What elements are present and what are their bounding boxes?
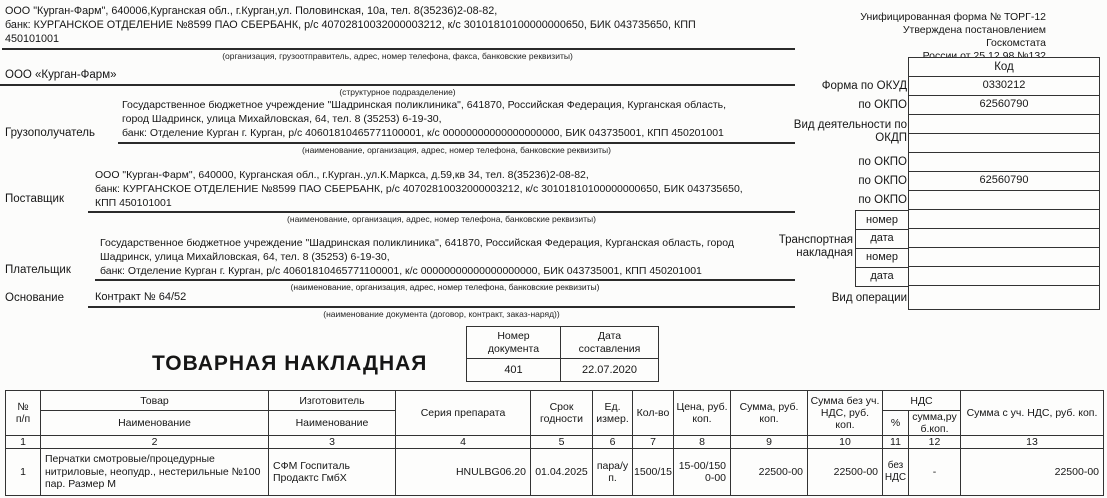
payer-caption: (наименование, организация, адрес, номер…: [95, 282, 795, 292]
item-manufacturer: СФМ Госпиталь Продактс ГмбХ: [269, 449, 396, 496]
supplier-underline: [88, 211, 795, 213]
doc-date-header: Дата составления: [561, 327, 659, 359]
col-number: 7: [633, 436, 674, 449]
col-number: 2: [41, 436, 269, 449]
form-note-line1: Унифицированная форма № ТОРГ-12: [845, 11, 1046, 24]
col-num-header: № п/п: [6, 391, 41, 436]
basis-underline: [88, 306, 795, 308]
items-table: № п/п Товар Изготовитель Серия препарата…: [5, 390, 1104, 496]
transport-row3-label: номер: [855, 249, 909, 268]
payer-line1: Государственное бюджетное учреждение "Ша…: [100, 236, 734, 250]
consignee-caption: (наименование, организация, адрес, номер…: [118, 145, 795, 155]
col-num-header-line1: №: [8, 401, 38, 413]
col-number: 4: [396, 436, 531, 449]
consignee-line2: город Шадринск, улица Михайловская, 64, …: [122, 112, 726, 126]
document-title: ТОВАРНАЯ НАКЛАДНАЯ: [152, 352, 427, 376]
supplier-caption: (наименование, организация, адрес, номер…: [88, 214, 795, 224]
col-goods-subheader: Наименование: [41, 411, 269, 436]
supplier-line2: банк: КУРГАНСКОЕ ОТДЕЛЕНИЕ №8599 ПАО СБЕ…: [95, 182, 743, 196]
doc-date-value: 22.07.2020: [561, 359, 659, 382]
operation-type-label: Вид операции: [832, 292, 907, 305]
doc-number-header-line1: Номер: [467, 330, 560, 343]
transport-row4-label: дата: [855, 268, 909, 287]
payer-block: Государственное бюджетное учреждение "Ша…: [100, 236, 734, 278]
shipper-line1: ООО "Курган-Фарм", 640006,Курганская обл…: [5, 4, 696, 18]
col-number: 9: [731, 436, 808, 449]
consignee-line1: Государственное бюджетное учреждение "Ша…: [122, 98, 726, 112]
col-number: 12: [909, 436, 961, 449]
consignee-label: Грузополучатель: [5, 127, 95, 139]
form-note: Унифицированная форма № ТОРГ-12 Утвержде…: [845, 11, 1046, 63]
okpo4-label: по ОКПО: [858, 194, 907, 207]
okud-value: 0330212: [908, 77, 1100, 96]
item-amount: 22500-00: [731, 449, 808, 496]
transport-row3-value: [908, 248, 1100, 267]
col-number: 11: [883, 436, 909, 449]
item-vat-rate: без НДС: [883, 449, 909, 496]
col-number: 8: [674, 436, 731, 449]
form-note-line2: Утверждена постановлением Госкомстата: [845, 24, 1046, 50]
item-amount-with-vat: 22500-00: [961, 449, 1104, 496]
col-number: 3: [269, 436, 396, 449]
col-sum-vat-header: Сумма с уч. НДС, руб. коп.: [961, 391, 1104, 436]
col-goods-header: Товар: [41, 391, 269, 411]
basis-value: Контракт № 64/52: [95, 291, 186, 303]
codes-column: Код 0330212 62560790 62560790: [908, 57, 1100, 310]
structural-unit-value: ООО «Курган-Фарм»: [5, 69, 117, 81]
okpo4-value: [908, 191, 1100, 210]
col-number: 10: [808, 436, 883, 449]
torg12-waybill-document: ООО "Курган-Фарм", 640006,Курганская обл…: [0, 0, 1107, 498]
transport-row2-label: дата: [855, 230, 909, 249]
supplier-block: ООО "Курган-Фарм", 640000, Курганская об…: [95, 168, 743, 210]
col-sum-header: Сумма, руб. коп.: [731, 391, 808, 436]
okpo2-label: по ОКПО: [858, 156, 907, 169]
structural-unit-caption: (структурное подразделение): [0, 87, 795, 97]
consignee-block: Государственное бюджетное учреждение "Ша…: [122, 98, 726, 140]
consignee-line3: банк: Отделение Курган г. Курган, р/с 40…: [122, 126, 726, 140]
supplier-line1: ООО "Курган-Фарм", 640000, Курганская об…: [95, 168, 743, 182]
structural-unit-underline: [0, 84, 795, 86]
col-unit-header: Ед. измер.: [593, 391, 633, 436]
consignee-underline: [118, 142, 795, 144]
payer-line3: банк: Отделение Курган г. Курган, р/с 40…: [100, 264, 734, 278]
item-product: Перчатки смотровые/процедурные нитриловы…: [41, 449, 269, 496]
payer-line2: Шадринск, улица Михайловская, 64, тел. 8…: [100, 250, 734, 264]
okpo3-label: по ОКПО: [858, 175, 907, 188]
doc-date-header-line1: Дата: [561, 330, 658, 343]
transport-label-cells: номер дата номер дата: [855, 210, 909, 287]
item-qty: 1500/15: [633, 449, 674, 496]
okpo1-label: по ОКПО: [858, 99, 907, 112]
col-vat-sum-header: сумма,руб.коп.: [909, 411, 961, 436]
doc-number-date-table: Номер документа Дата составления 401 22.…: [466, 326, 659, 382]
shipper-line3: 450101001: [5, 32, 696, 46]
okpo3-value: 62560790: [908, 172, 1100, 191]
col-price-header: Цена, руб. коп.: [674, 391, 731, 436]
basis-caption: (наименование документа (договор, контра…: [88, 309, 795, 319]
transport-row1-value: [908, 210, 1100, 229]
col-maker-subheader: Наименование: [269, 411, 396, 436]
doc-number-value: 401: [467, 359, 561, 382]
col-num-header-line2: п/п: [8, 413, 38, 425]
col-maker-header: Изготовитель: [269, 391, 396, 411]
okdp-value2: [908, 134, 1100, 153]
transport-row2-value: [908, 229, 1100, 248]
shipper-block: ООО "Курган-Фарм", 640006,Курганская обл…: [5, 4, 696, 46]
item-unit: пара/уп.: [593, 449, 633, 496]
okud-label: Форма по ОКУД: [822, 80, 907, 93]
doc-date-header-line2: составления: [561, 343, 658, 356]
shipper-underline: [2, 48, 795, 50]
item-num: 1: [6, 449, 41, 496]
col-sum-novat-header: Сумма без уч. НДС, руб. коп.: [808, 391, 883, 436]
col-number: 5: [531, 436, 593, 449]
transport-waybill-label: Транспортная накладная: [758, 234, 853, 260]
col-vat-group-header: НДС: [883, 391, 961, 411]
okpo1-value: 62560790: [908, 96, 1100, 115]
item-price: 15-00/1500-00: [674, 449, 731, 496]
basis-label: Основание: [5, 292, 64, 304]
item-expiry: 01.04.2025: [531, 449, 593, 496]
doc-number-header-line2: документа: [467, 343, 560, 356]
item-vat-amount: -: [909, 449, 961, 496]
item-amount-no-vat: 22500-00: [808, 449, 883, 496]
col-qty-header: Кол-во: [633, 391, 674, 436]
col-vat-pct-header: %: [883, 411, 909, 436]
col-series-header: Серия препарата: [396, 391, 531, 436]
shipper-caption: (организация, грузоотправитель, адрес, н…: [0, 51, 795, 61]
transport-row4-value: [908, 267, 1100, 286]
col-number: 1: [6, 436, 41, 449]
operation-type-value: [908, 286, 1100, 310]
supplier-label: Поставщик: [5, 193, 64, 205]
okdp-value1: [908, 115, 1100, 134]
okpo2-value: [908, 153, 1100, 172]
item-series: HNULBG06.20: [396, 449, 531, 496]
col-number: 6: [593, 436, 633, 449]
shipper-line2: банк: КУРГАНСКОЕ ОТДЕЛЕНИЕ №8599 ПАО СБЕ…: [5, 18, 696, 32]
transport-row1-label: номер: [855, 210, 909, 230]
doc-number-header: Номер документа: [467, 327, 561, 359]
col-number: 13: [961, 436, 1104, 449]
okdp-label: Вид деятельности по ОКДП: [775, 119, 907, 145]
col-expiry-header: Срок годности: [531, 391, 593, 436]
payer-underline: [95, 279, 795, 281]
item-row: 1 Перчатки смотровые/процедурные нитрило…: [6, 449, 1104, 496]
supplier-line3: КПП 450101001: [95, 196, 743, 210]
payer-label: Плательщик: [5, 264, 71, 276]
codes-header: Код: [908, 57, 1100, 77]
